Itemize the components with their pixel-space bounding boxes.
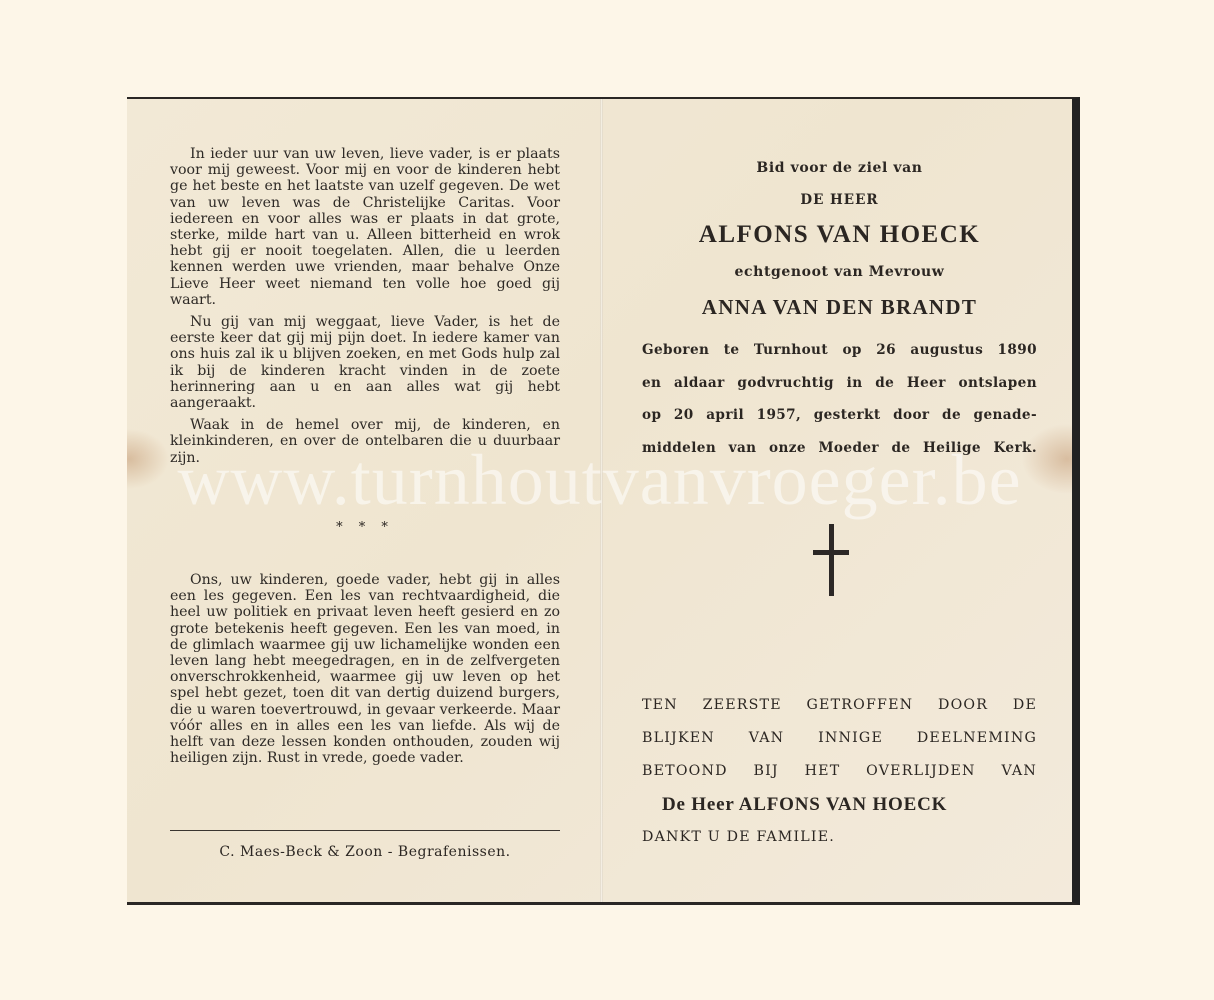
- thanks-block: TEN ZEERSTE GETROFFEN DOOR DE BLIJKEN VA…: [642, 689, 1037, 854]
- cross-icon: [813, 524, 853, 598]
- honorific: DE HEER: [632, 192, 1047, 208]
- bio-line: Geboren te Turnhout op 26 augustus 1890: [642, 334, 1037, 367]
- memorial-card: In ieder uur van uw leven, lieve vader, …: [127, 97, 1080, 905]
- paragraph-1: In ieder uur van uw leven, lieve vader, …: [170, 146, 560, 308]
- thanks-line: BETOOND BIJ HET OVERLIJDEN VAN: [642, 755, 1037, 788]
- thanks-closing: DANKT U DE FAMILIE.: [642, 821, 1037, 854]
- undertaker-credit: C. Maes-Beck & Zoon - Begrafenissen.: [170, 844, 560, 860]
- spouse-name: ANNA VAN DEN BRANDT: [632, 295, 1047, 320]
- left-panel-closing: Ons, uw kinderen, goede vader, hebt gij …: [170, 572, 560, 766]
- divider-line: [170, 830, 560, 831]
- bio-line: middelen van onze Moeder de Heilige Kerk…: [642, 432, 1037, 465]
- biography: Geboren te Turnhout op 26 augustus 1890 …: [642, 334, 1037, 464]
- paragraph-3: Waak in de hemel over mij, de kinderen, …: [170, 417, 560, 466]
- deceased-name: ALFONS VAN HOECK: [632, 221, 1047, 249]
- bio-line: en aldaar godvruchtig in de Heer ontslap…: [642, 367, 1037, 400]
- thanks-line: TEN ZEERSTE GETROFFEN DOOR DE: [642, 689, 1037, 722]
- spouse-label: echtgenoot van Mevrouw: [632, 264, 1047, 280]
- card-fold: [600, 99, 603, 902]
- paragraph-2: Nu gij van mij weggaat, lieve Vader, is …: [170, 314, 560, 411]
- left-panel-text: In ieder uur van uw leven, lieve vader, …: [170, 146, 560, 472]
- bio-line: op 20 april 1957, gesterkt door de genad…: [642, 399, 1037, 432]
- closing-paragraph: Ons, uw kinderen, goede vader, hebt gij …: [170, 572, 560, 766]
- prayer-intro: Bid voor de ziel van: [632, 160, 1047, 176]
- thanks-line: BLIJKEN VAN INNIGE DEELNEMING: [642, 722, 1037, 755]
- separator-stars: * * *: [170, 520, 560, 535]
- thanks-name: De Heer ALFONS VAN HOECK: [642, 788, 1037, 821]
